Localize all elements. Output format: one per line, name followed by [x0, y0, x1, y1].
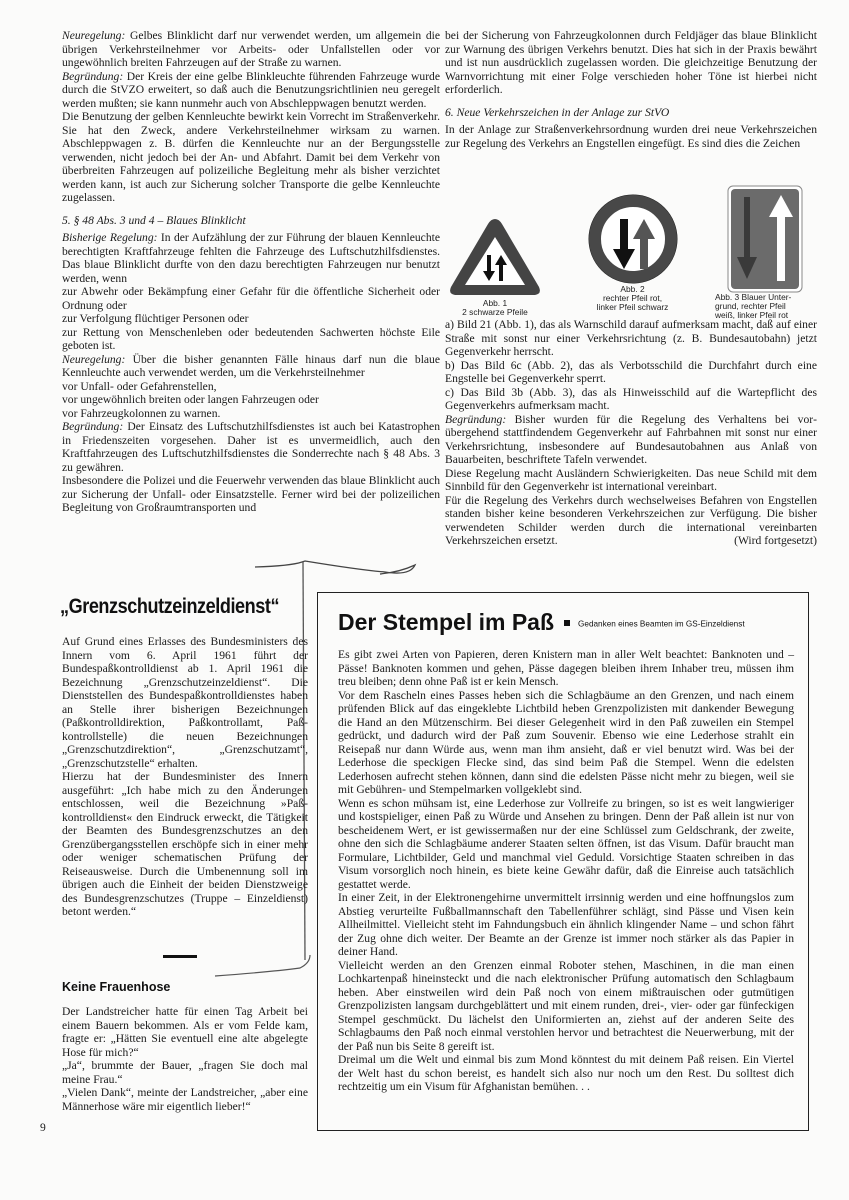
paragraph: bei der Sicherung von Fahrzeugkolonnen d… [445, 29, 817, 97]
article-title-grenzschutzeinzeldienst: „Grenzschutzeinzeldienst“ [60, 595, 279, 619]
article-title-keine-frauenhose: Keine Frauenhose [62, 980, 170, 994]
paragraph: Vielleicht werden an den Grenzen einmal … [338, 959, 794, 1054]
paragraph: In einer Zeit, in der Elektronengehirne … [338, 891, 794, 959]
paragraph: Begründung: Bisher wurden für die Regelu… [445, 413, 817, 467]
paragraph: „Vielen Dank“, meinte der Landstreicher,… [62, 1086, 308, 1113]
paragraph: Neuregelung: Über die bisher genannten F… [62, 353, 440, 380]
label-begruendung: Begründung: [62, 420, 123, 433]
article-der-stempel-im-pass: Es gibt zwei Arten von Papieren, deren K… [338, 648, 794, 1094]
article-traffic-signs-explanation: a) Bild 21 (Abb. 1), das als Warnschild … [445, 318, 817, 548]
label-begruendung: Begründung: [62, 70, 123, 83]
paragraph: Auf Grund eines Erlasses des Bundesminis… [62, 635, 308, 770]
label-neuregelung: Neuregelung: [62, 29, 125, 42]
figure-caption: linker Pfeil schwarz [570, 303, 695, 312]
section-heading-5: 5. § 48 Abs. 3 und 4 – Blaues Blinklicht [62, 214, 440, 228]
label-neuregelung: Neuregelung: [62, 353, 125, 366]
paragraph: Diese Regelung macht Ausländern Schwieri… [445, 467, 817, 494]
label-bisherige-regelung: Bisherige Regelung: [62, 231, 158, 244]
paragraph: Wenn es schon mühsam ist, eine Lederhose… [338, 797, 794, 892]
paragraph: zur Abwehr oder Bekämpfung einer Gefahr … [62, 285, 440, 312]
paragraph: Begründung: Der Kreis der eine gelbe Bli… [62, 70, 440, 111]
list-item-a: a) Bild 21 (Abb. 1), das als Warnschild … [445, 318, 817, 359]
sign-figure-3: Abb. 3 Blauer Unter- grund, rechter Pfei… [715, 185, 815, 320]
paragraph: Neuregelung: Gelbes Blinklicht darf nur … [62, 29, 440, 70]
article-traffic-rules-left: Neuregelung: Gelbes Blinklicht darf nur … [62, 29, 440, 515]
article-grenzschutzeinzeldienst: Auf Grund eines Erlasses des Bundesminis… [62, 635, 308, 919]
traffic-signs-figure: Abb. 1 2 schwarze Pfeile Abb. 2 rechter … [440, 185, 820, 315]
sign-figure-2: Abb. 2 rechter Pfeil rot, linker Pfeil s… [570, 193, 695, 312]
priority-oncoming-traffic-circle-icon [587, 193, 679, 285]
paragraph: zur Verfolgung flüchtiger Personen oder [62, 312, 440, 326]
paragraph: Für die Regelung des Verkehrs durch wech… [445, 494, 817, 548]
list-item-b: b) Das Bild 6c (Abb. 2), das als Verbots… [445, 359, 817, 386]
section-divider [163, 955, 197, 958]
paragraph: Die Benutzung der gelben Kennleuchte bew… [62, 110, 440, 205]
paragraph: vor Fahrzeugkolonnen zu warnen. [62, 407, 440, 421]
paragraph: Insbesondere die Polizei und die Feuerwe… [62, 474, 440, 515]
paragraph: Vor dem Rascheln eines Passes heben sich… [338, 689, 794, 797]
continued-note: (Wird fortgesetzt) [734, 534, 817, 548]
section-heading-6: 6. Neue Verkehrszeichen in der Anlage zu… [445, 106, 817, 120]
article-title-stempel: Der Stempel im Paß [338, 609, 554, 635]
paragraph: Bisherige Regelung: In der Aufzählung de… [62, 231, 440, 285]
paragraph: zur Rettung von Menschenleben oder bedeu… [62, 326, 440, 353]
paragraph: Der Landstreicher hatte für einen Tag Ar… [62, 1005, 308, 1059]
warning-triangle-two-way-traffic-icon [447, 215, 543, 299]
square-bullet-icon [564, 620, 570, 626]
figure-caption: 2 schwarze Pfeile [440, 308, 550, 317]
paragraph: Hierzu hat der Bundesminister des Innern… [62, 770, 308, 919]
paragraph: Es gibt zwei Arten von Papieren, deren K… [338, 648, 794, 689]
page-number: 9 [40, 1121, 46, 1134]
paragraph: vor Unfall- oder Gefahrenstellen, [62, 380, 440, 394]
paragraph: In der Anlage zur Straßenverkehrsordnung… [445, 123, 817, 150]
priority-over-oncoming-rectangle-icon [727, 185, 803, 293]
sign-figure-1: Abb. 1 2 schwarze Pfeile [440, 215, 550, 317]
paragraph: vor ungewöhnlich breiten oder langen Fah… [62, 393, 440, 407]
label-begruendung: Begründung: [445, 413, 506, 426]
paragraph: Begründung: Der Einsatz des Luftschutzhi… [62, 420, 440, 474]
article-traffic-rules-right: bei der Sicherung von Fahrzeugkolonnen d… [445, 29, 817, 150]
boxed-article-title: Der Stempel im PaßGedanken eines Beamten… [338, 609, 745, 636]
paragraph: Dreimal um die Welt und einmal bis zum M… [338, 1053, 794, 1094]
article-keine-frauenhose: Der Landstreicher hatte für einen Tag Ar… [62, 1005, 308, 1113]
list-item-c: c) Das Bild 3b (Abb. 3), das als Hinweis… [445, 386, 817, 413]
article-subtitle: Gedanken eines Beamten im GS-Einzeldiens… [578, 619, 745, 628]
paragraph: „Ja“, brummte der Bauer, „fragen Sie doc… [62, 1059, 308, 1086]
